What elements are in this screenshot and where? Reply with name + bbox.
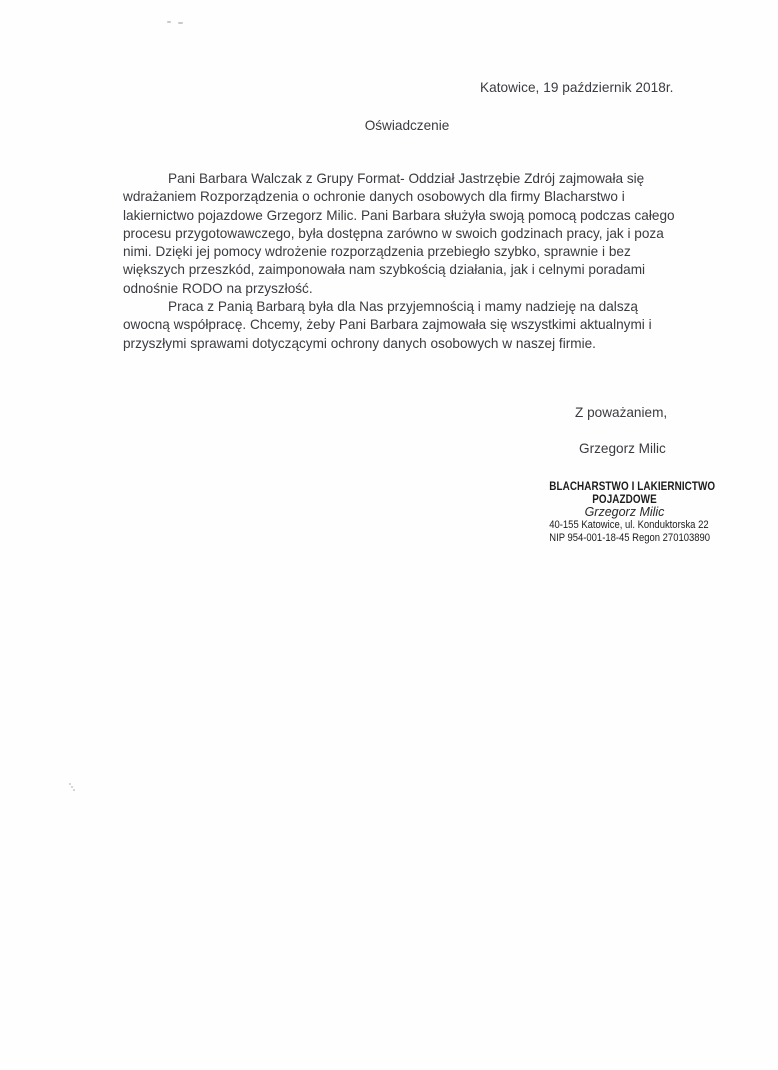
body-line: Pani Barbara Walczak z Grupy Format- Odd… xyxy=(123,170,683,188)
body-line: Praca z Panią Barbarą była dla Nas przyj… xyxy=(123,298,683,316)
body-line: owocną współpracę. Chcemy, żeby Pani Bar… xyxy=(123,316,683,334)
signatory-name: Grzegorz Milic xyxy=(579,441,666,456)
scan-speck xyxy=(71,786,73,788)
body-line: wdrażaniem Rozporządzenia o ochronie dan… xyxy=(123,188,683,206)
stamp-owner: Grzegorz Milic xyxy=(537,506,712,519)
stamp-company-name: BLACHARSTWO I LAKIERNICTWO xyxy=(549,481,700,494)
closing-salutation: Z poważaniem, xyxy=(575,405,667,420)
letter-page: Katowice, 19 październik 2018r. Oświadcz… xyxy=(0,0,778,1070)
paragraph-2: Praca z Panią Barbarą była dla Nas przyj… xyxy=(123,298,683,353)
body-line: większych przeszkód, zaimponowała nam sz… xyxy=(123,261,683,279)
stamp-tax-ids: NIP 954-001-18-45 Regon 270103890 xyxy=(549,532,700,545)
scan-speck xyxy=(69,783,71,785)
body-line: procesu przygotowawczego, była dostępna … xyxy=(123,225,683,243)
stamp-address: 40-155 Katowice, ul. Konduktorska 22 xyxy=(549,519,700,532)
stamp-company-name-cont: POJAZDOWE xyxy=(549,494,700,507)
scan-speck xyxy=(73,789,75,791)
paragraph-1: Pani Barbara Walczak z Grupy Format- Odd… xyxy=(123,170,683,298)
body-line: odnośnie RODO na przyszłość. xyxy=(123,280,683,298)
scan-speck xyxy=(167,21,171,23)
body-line: nimi. Dzięki jej pomocy wdrożenie rozpor… xyxy=(123,243,683,261)
document-title: Oświadczenie xyxy=(0,118,778,133)
scan-speck xyxy=(178,22,183,24)
body-line: lakiernictwo pojazdowe Grzegorz Milic. P… xyxy=(123,207,683,225)
company-stamp: BLACHARSTWO I LAKIERNICTWO POJAZDOWE Grz… xyxy=(537,481,712,545)
body-line: przyszłymi sprawami dotyczącymi ochrony … xyxy=(123,335,683,353)
letter-body: Pani Barbara Walczak z Grupy Format- Odd… xyxy=(123,170,683,353)
place-and-date: Katowice, 19 październik 2018r. xyxy=(480,80,674,95)
